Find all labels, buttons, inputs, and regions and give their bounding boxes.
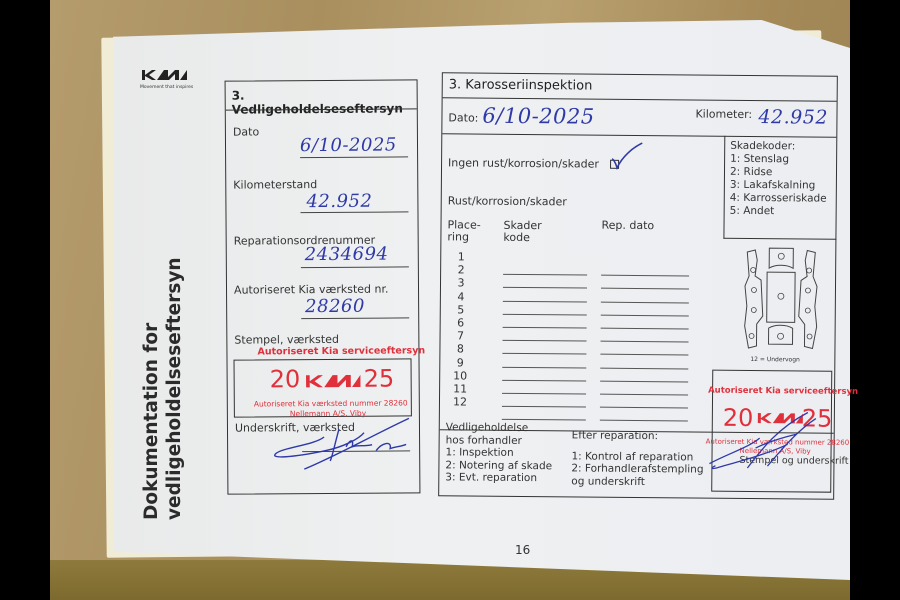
repair-date-field[interactable] [601, 276, 689, 290]
damage-code-field[interactable] [502, 407, 586, 421]
damage-heading: Rust/korrosion/skader [448, 194, 567, 208]
damage-code-field[interactable] [503, 288, 587, 302]
damage-code-item: 4: Karrosseriskade [730, 192, 832, 206]
repair-date-field[interactable] [600, 395, 688, 409]
after-repair-item: 1: Kontrol af reparation [571, 450, 703, 464]
damage-code-item: 1: Stenslag [730, 153, 832, 167]
after-repair-item: 2: Forhandlerafstempling [571, 462, 703, 476]
divider [443, 97, 837, 101]
side-title-line1: Dokumentation for [140, 257, 163, 520]
diagram-caption: 12 = Undervogn [750, 356, 800, 363]
damage-code-item: 5: Andet [730, 205, 832, 219]
repair-order-value[interactable]: 2434694 [305, 244, 389, 266]
row-number: 9 [452, 356, 468, 369]
body-km-value[interactable]: 42.952 [758, 106, 828, 129]
repair-date-field[interactable] [600, 368, 688, 382]
mileage-label: Kilometerstand [233, 178, 317, 192]
mileage-underline [300, 211, 408, 213]
stamp-year-left: 20 [270, 365, 301, 393]
repair-date-field[interactable] [600, 408, 688, 422]
date-label: Dato [233, 125, 259, 138]
stamp-line1: Autoriseret Kia værksted nummer 28260 [254, 398, 408, 408]
workshop-number-underline [301, 317, 409, 319]
repair-date-field[interactable] [601, 315, 689, 329]
service-section-title: 3. Vedligeholdelseseftersyn [232, 87, 417, 116]
row-number: 5 [453, 303, 469, 316]
damage-code-field[interactable] [502, 354, 586, 368]
damage-code-field[interactable] [503, 328, 587, 342]
repair-order-underline [301, 266, 409, 268]
body-date-label: Dato: [448, 111, 478, 124]
row-numbers: 123456789101112 [452, 250, 469, 409]
workshop-number-value[interactable]: 28260 [305, 296, 365, 317]
date-underline [300, 156, 408, 158]
mileage-value[interactable]: 42.952 [306, 191, 372, 212]
row-number: 12 [452, 396, 468, 409]
body-signature-icon[interactable] [707, 408, 818, 479]
stamp-kia-logo-icon [304, 370, 362, 390]
damage-code-field[interactable] [502, 381, 586, 395]
damage-codes-box: Skadekoder: 1: Stenslag2: Ridse3: Lakafs… [723, 136, 837, 240]
letterbox-left [0, 0, 50, 600]
damage-code-field[interactable] [502, 394, 586, 408]
damage-codes-title: Skadekoder: [730, 140, 832, 154]
after-repair-item: og underskrift [571, 475, 703, 489]
row-number: 6 [453, 316, 469, 329]
side-title: Dokumentation for vedligeholdelsesefters… [140, 257, 186, 520]
dealer-legend-item: 1: Inspektion [445, 446, 552, 459]
body-inspection-section: 3. Karosseriinspektion Dato: 6/10-2025 K… [438, 72, 838, 499]
dealer-legend-item: 3: Evt. reparation [445, 471, 552, 484]
row-number: 7 [452, 330, 468, 343]
damage-code-field[interactable] [503, 301, 587, 315]
damage-code-item: 3: Lakafskalning [730, 179, 832, 193]
checkmark-icon [610, 141, 644, 171]
row-number: 10 [452, 369, 468, 382]
damage-code-header: Skader kode [503, 220, 541, 244]
stamp-label: Stempel, værksted [234, 333, 339, 347]
repair-date-field[interactable] [600, 342, 688, 356]
side-title-line2: vedligeholdelseseftersyn [163, 257, 186, 520]
row-number: 8 [452, 343, 468, 356]
row-number: 11 [452, 382, 468, 395]
workshop-number-label: Autoriseret Kia værksted nr. [234, 283, 389, 297]
damage-code-field[interactable] [503, 275, 587, 289]
row-number: 1 [453, 250, 469, 263]
stamp-header: Autoriseret Kia serviceeftersyn [257, 345, 425, 357]
date-value[interactable]: 6/10-2025 [300, 134, 397, 156]
stamp-year-right: 25 [364, 365, 395, 393]
brand-tagline: Movement that inspires [140, 85, 193, 90]
car-body-diagram-icon [742, 246, 819, 355]
body-stamp-header: Autoriseret Kia serviceeftersyn [708, 386, 858, 397]
repair-date-field[interactable] [600, 355, 688, 369]
body-date-value[interactable]: 6/10-2025 [482, 104, 594, 129]
repair-date-field[interactable] [601, 263, 689, 277]
damage-code-item: 2: Ridse [730, 166, 832, 180]
signature-icon[interactable] [264, 416, 414, 473]
placement-header: Place- ring [447, 219, 480, 243]
repair-date-field[interactable] [600, 381, 688, 395]
damage-code-field[interactable] [502, 367, 586, 381]
damage-code-field[interactable] [503, 315, 587, 329]
letterbox-right [850, 0, 900, 600]
damage-code-field[interactable] [503, 262, 587, 276]
repair-date-lines [600, 263, 689, 422]
dealer-legend: Vedligeholdelse hos forhandler 1: Inspek… [445, 421, 552, 484]
dealer-legend-item: 2: Notering af skade [445, 459, 552, 472]
page-number: 16 [515, 543, 530, 557]
body-section-title: 3. Karosseriinspektion [449, 77, 593, 93]
no-damage-label: Ingen rust/korrosion/skader [448, 156, 599, 170]
after-repair-legend: Efter reparation: 1: Kontrol af reparati… [571, 429, 704, 488]
damage-code-lines [502, 262, 587, 421]
repair-date-header: Rep. dato [601, 219, 654, 232]
repair-date-field[interactable] [601, 302, 689, 316]
service-section: 3. Vedligeholdelseseftersyn Dato 6/10-20… [225, 79, 421, 494]
row-number: 3 [453, 277, 469, 290]
damage-codes-list: 1: Stenslag2: Ridse3: Lakafskalning4: Ka… [730, 153, 833, 219]
row-number: 4 [453, 290, 469, 303]
kia-logo-icon [140, 66, 190, 82]
body-km-label: Kilometer: [695, 107, 752, 120]
repair-date-field[interactable] [601, 289, 689, 303]
damage-code-field[interactable] [502, 341, 586, 355]
repair-date-field[interactable] [601, 329, 689, 343]
row-number: 2 [453, 264, 469, 277]
